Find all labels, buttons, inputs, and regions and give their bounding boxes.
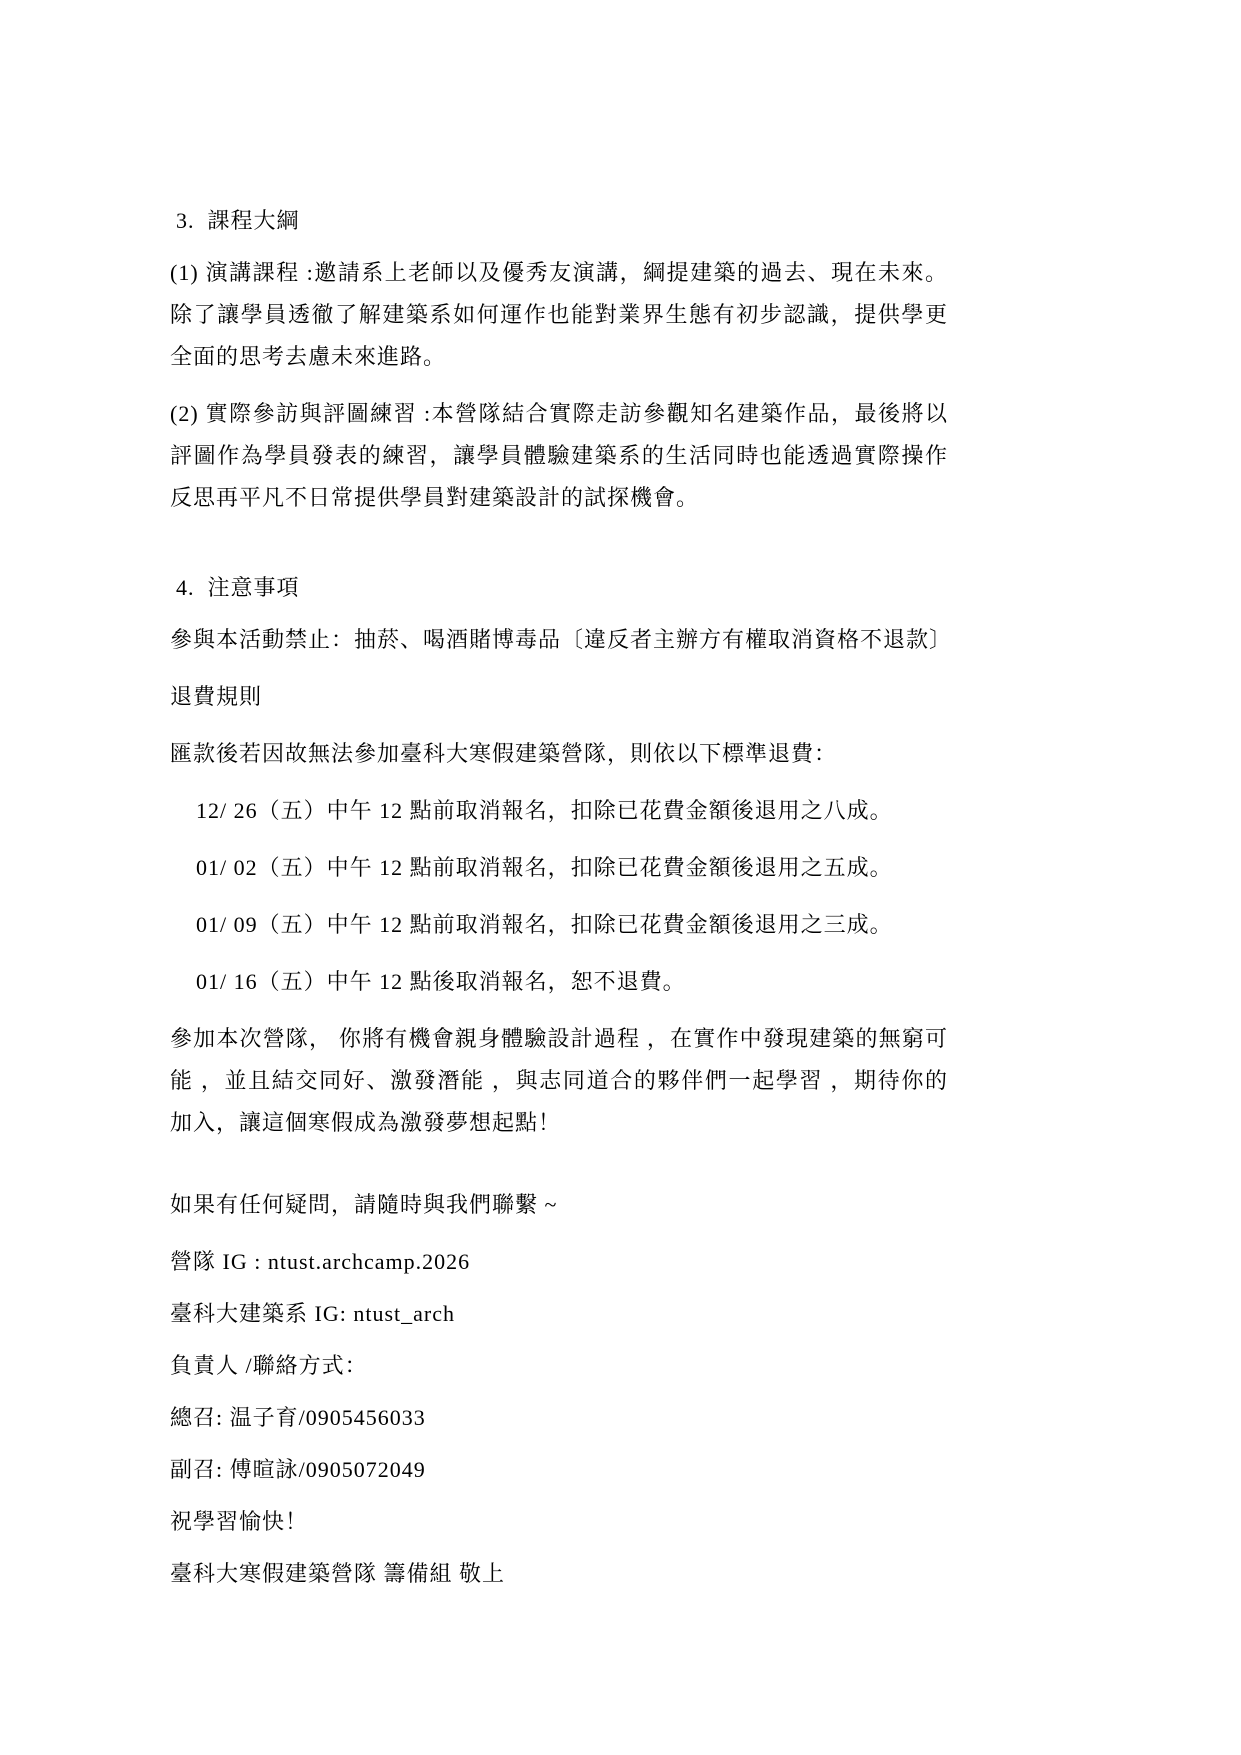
refund-rule-jan-16: 01/ 16（五）中午 12 點後取消報名，恕不退費。 bbox=[170, 961, 948, 1003]
chief-coordinator-line: 總召: 温子育/0905456033 bbox=[170, 1397, 948, 1439]
camp-ig-line: 營隊 IG : ntust.archcamp.2026 bbox=[170, 1241, 948, 1283]
closing-invitation-paragraph: 參加本次營隊， 你將有機會親身體驗設計過程 ，在實作中發現建築的無窮可能 ，並且… bbox=[170, 1018, 948, 1144]
signature-line: 臺科大寒假建築營隊 籌備組 敬上 bbox=[170, 1553, 948, 1595]
refund-intro-line: 匯款後若因故無法參加臺科大寒假建築營隊，則依以下標準退費： bbox=[170, 733, 948, 775]
contact-intro-line: 如果有任何疑問，請隨時與我們聯繫 ~ bbox=[170, 1184, 948, 1226]
document-content: 3. 課程大綱 (1) 演講課程 :邀請系上老師以及優秀友演講，綱提建築的過去、… bbox=[170, 200, 948, 1595]
refund-rule-jan-09: 01/ 09（五）中午 12 點前取消報名，扣除已花費金額後退用之三成。 bbox=[170, 904, 948, 946]
document-page: 3. 課程大綱 (1) 演講課程 :邀請系上老師以及優秀友演講，綱提建築的過去、… bbox=[0, 0, 1241, 1755]
visit-critique-paragraph: (2) 實際參訪與評圖練習 :本營隊結合實際走訪參觀知名建築作品，最後將以評圖作… bbox=[170, 393, 948, 519]
section-3-heading: 3. 課程大綱 bbox=[170, 200, 948, 242]
refund-rules-title: 退費規則 bbox=[170, 676, 948, 718]
department-ig-line: 臺科大建築系 IG: ntust_arch bbox=[170, 1293, 948, 1335]
section-4-heading: 4. 注意事項 bbox=[170, 567, 948, 609]
refund-rule-dec-26: 12/ 26（五）中午 12 點前取消報名，扣除已花費金額後退用之八成。 bbox=[170, 790, 948, 832]
refund-rule-jan-02: 01/ 02（五）中午 12 點前取消報名，扣除已花費金額後退用之五成。 bbox=[170, 847, 948, 889]
well-wish-line: 祝學習愉快！ bbox=[170, 1501, 948, 1543]
vice-coordinator-line: 副召: 傅暄詠/0905072049 bbox=[170, 1449, 948, 1491]
contact-person-title-line: 負責人 /聯絡方式： bbox=[170, 1345, 948, 1387]
prohibition-line: 參與本活動禁止：抽菸、喝酒賭博毒品〔違反者主辦方有權取消資格不退款〕 bbox=[170, 619, 948, 661]
lecture-course-paragraph: (1) 演講課程 :邀請系上老師以及優秀友演講，綱提建築的過去、現在未來。除了讓… bbox=[170, 252, 948, 378]
